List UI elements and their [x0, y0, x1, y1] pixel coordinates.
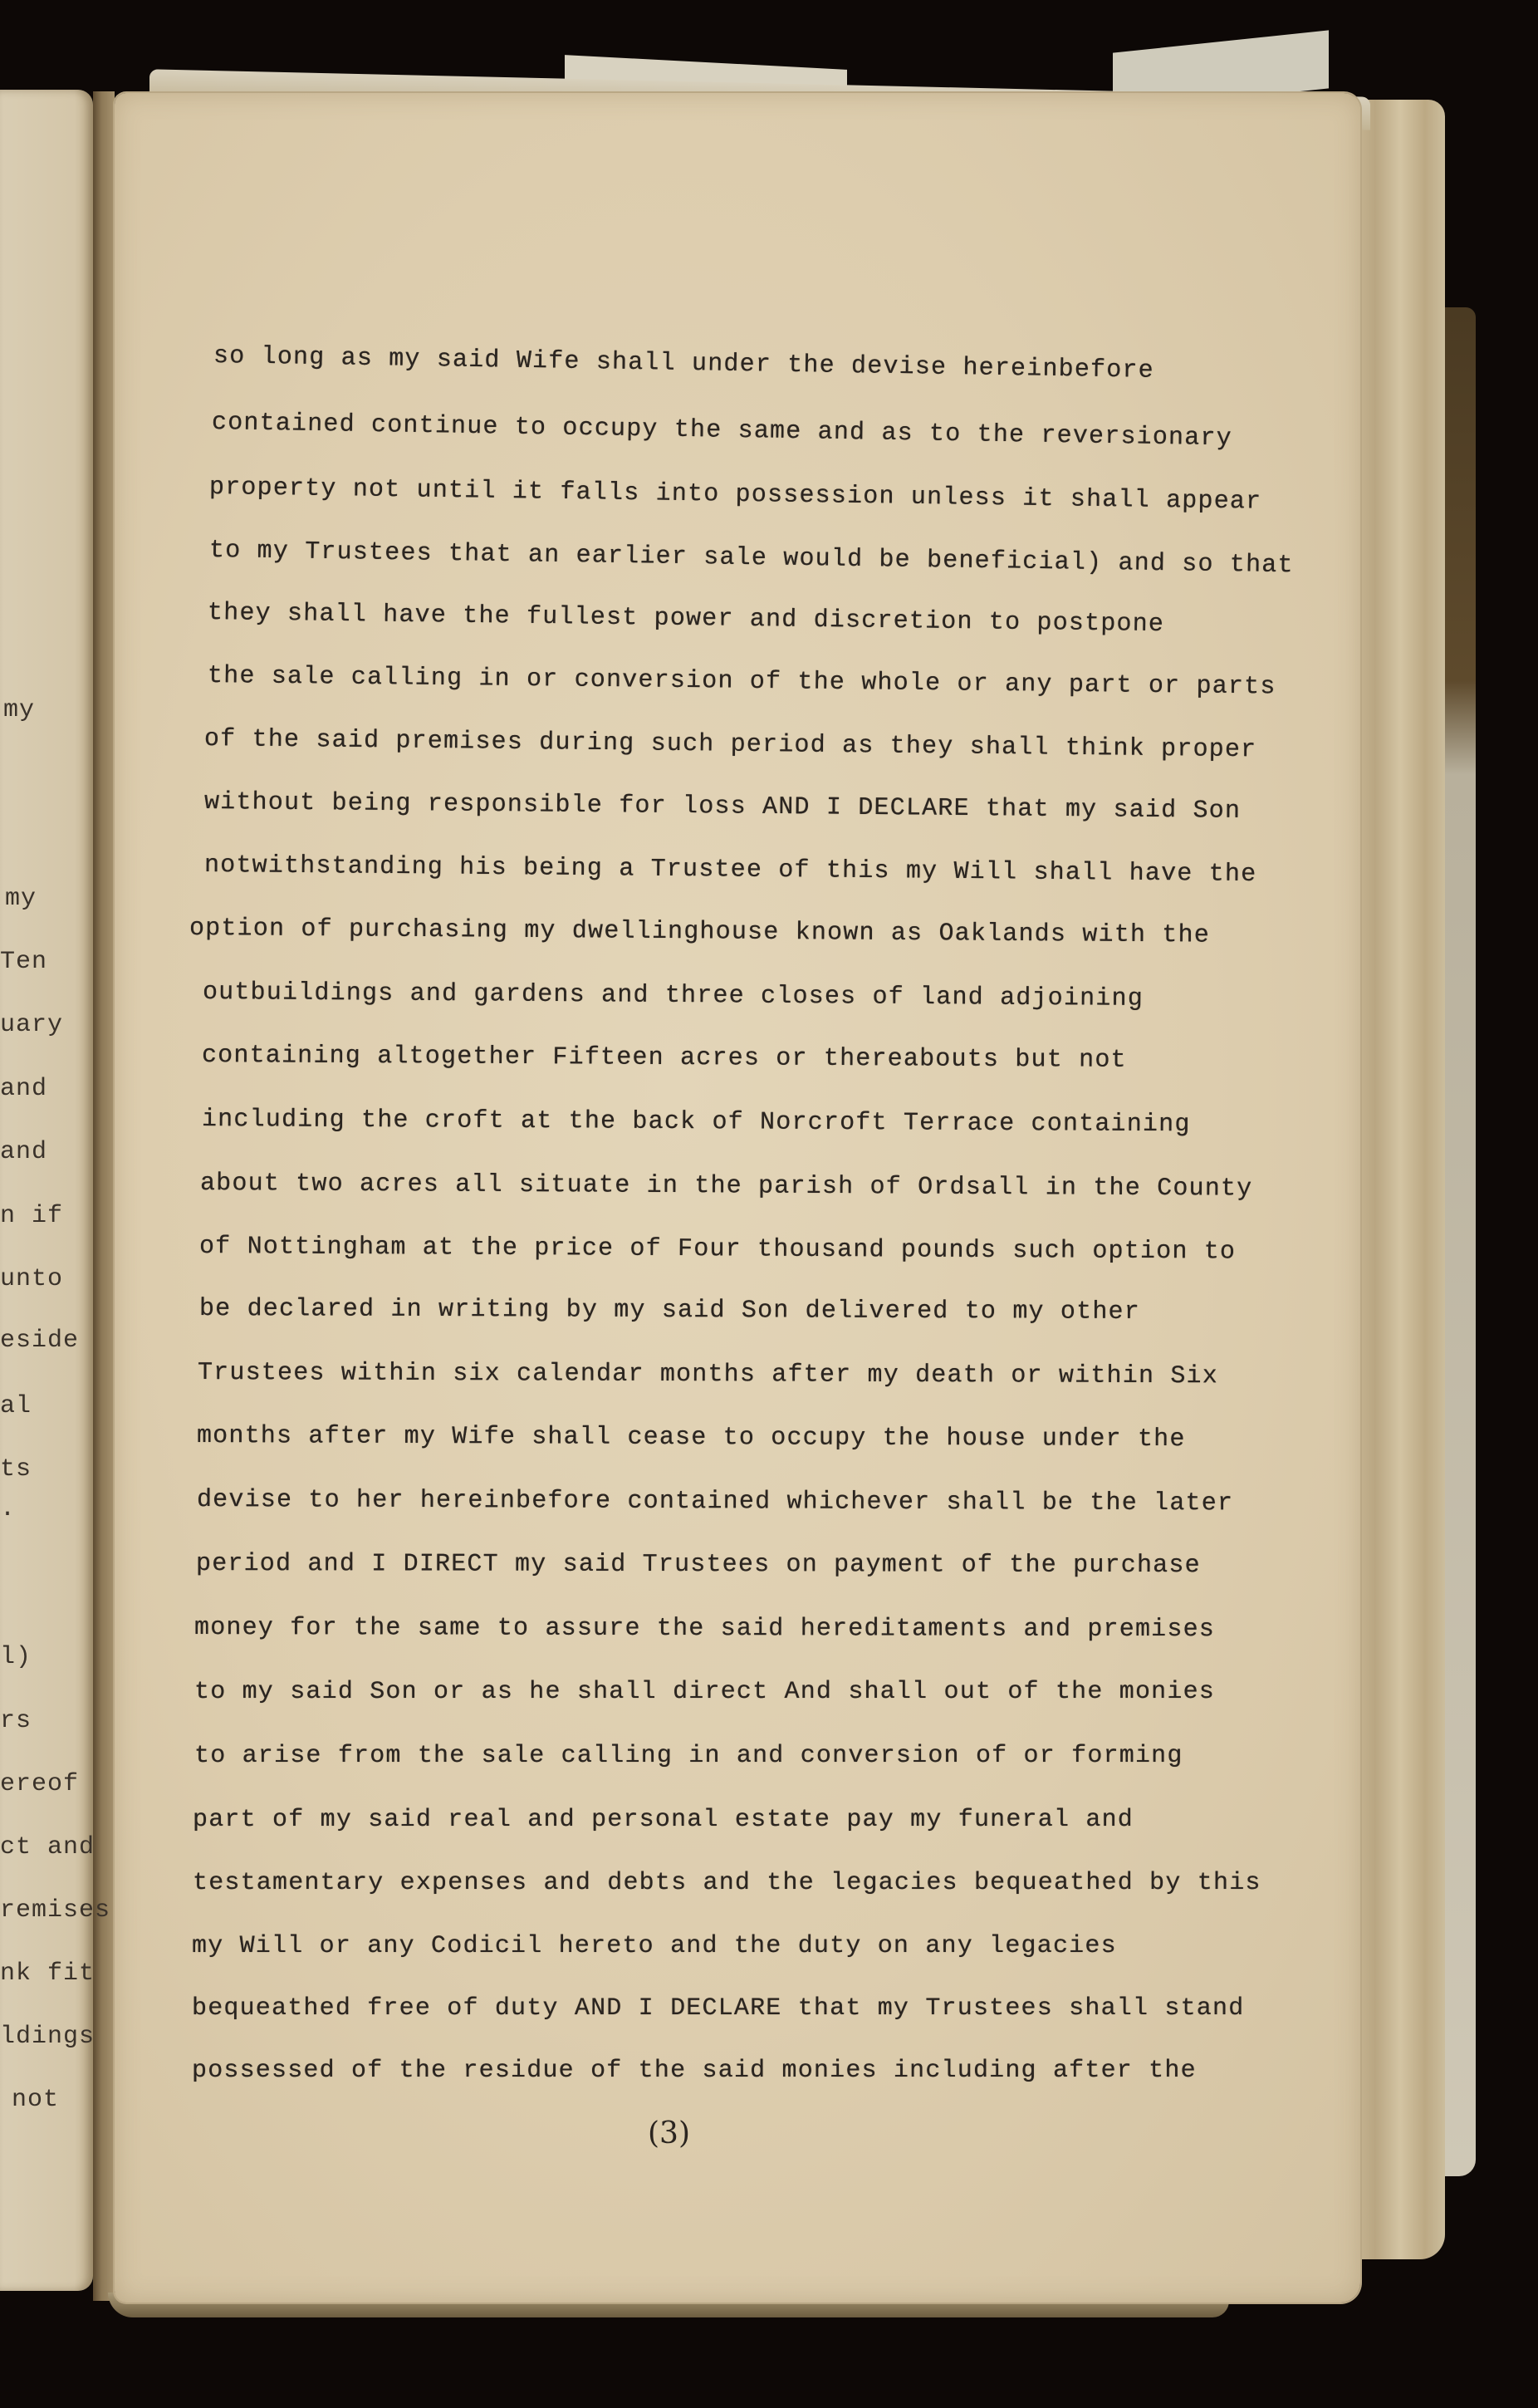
left-fragment: l) — [0, 1643, 32, 1671]
text-line: bequeathed free of duty AND I DECLARE th… — [192, 1994, 1244, 2023]
text-line: period and I DIRECT my said Trustees on … — [196, 1550, 1201, 1580]
text-line: be declared in writing by my said Son de… — [199, 1295, 1140, 1327]
left-fragment: ct and — [0, 1833, 95, 1861]
text-line: about two acres all situate in the paris… — [200, 1170, 1253, 1204]
text-line: devise to her hereinbefore contained whi… — [197, 1486, 1233, 1518]
left-fragment: remises — [0, 1896, 110, 1925]
text-line: Trustees within six calendar months afte… — [198, 1359, 1218, 1390]
text-line: testamentary expenses and debts and the … — [193, 1869, 1261, 1897]
left-fragment: unto — [0, 1265, 63, 1293]
text-line: including the croft at the back of Norcr… — [202, 1106, 1191, 1139]
left-fragment: ereof — [0, 1770, 79, 1798]
left-fragment: my — [5, 885, 37, 913]
text-line: to my said Son or as he shall direct And… — [194, 1678, 1215, 1706]
left-fragment: . — [0, 1495, 16, 1523]
text-line: my Will or any Codicil hereto and the du… — [192, 1932, 1117, 1960]
left-fragment: n if — [0, 1202, 63, 1230]
left-fragment: Ten — [0, 948, 47, 976]
left-fragment: uary — [0, 1011, 63, 1039]
left-fragment: not — [12, 2086, 59, 2114]
left-fragment: nk fit — [0, 1959, 95, 1988]
page-number: (3) — [648, 2116, 690, 2151]
text-line: months after my Wife shall cease to occu… — [197, 1422, 1186, 1454]
text-line: to arise from the sale calling in and co… — [194, 1742, 1183, 1770]
left-fragment: rs — [0, 1707, 32, 1735]
left-fragment: al — [0, 1392, 32, 1420]
left-fragment: ldings — [0, 2023, 95, 2051]
text-line: money for the same to assure the said he… — [194, 1614, 1215, 1644]
text-line: part of my said real and personal estate… — [193, 1806, 1134, 1834]
left-fragment: ts — [0, 1455, 32, 1484]
loose-sheet-edge — [1442, 307, 1476, 2176]
left-fragment: and — [0, 1075, 47, 1103]
book-gutter — [93, 91, 115, 2301]
text-line: of Nottingham at the price of Four thous… — [199, 1233, 1236, 1267]
left-fragment: eside — [0, 1327, 79, 1355]
left-fragment: my — [3, 696, 35, 724]
page-stack-edge — [1345, 100, 1445, 2259]
text-line: containing altogether Fifteen acres or t… — [202, 1042, 1127, 1075]
text-line: possessed of the residue of the said mon… — [192, 2057, 1197, 2085]
left-fragment: and — [0, 1138, 47, 1166]
